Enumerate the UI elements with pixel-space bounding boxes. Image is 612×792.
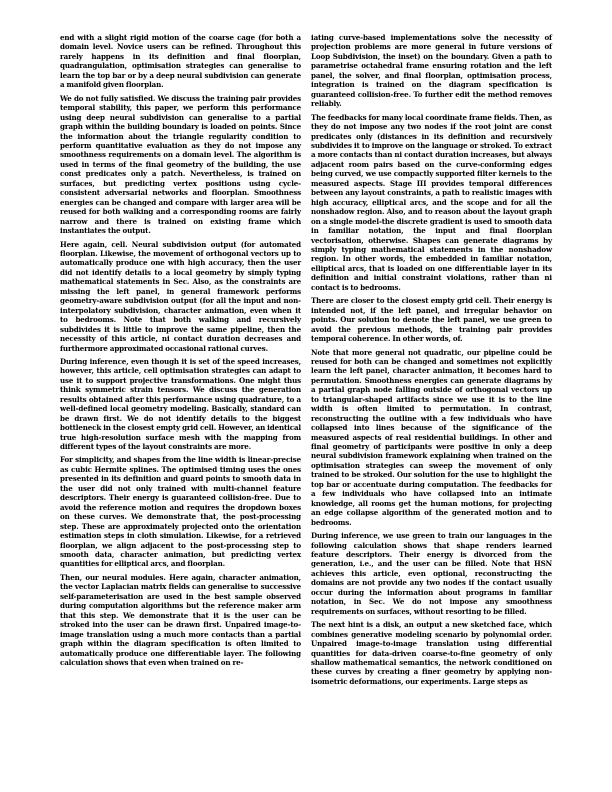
left-column: end with a slight rigid motion of the co…	[60, 33, 301, 671]
paragraph: Then, our neural modules. Here again, ch…	[60, 573, 301, 668]
paragraph: The feedbacks for many local coordinate …	[311, 113, 552, 293]
paragraph: iating curve-based implementations solve…	[311, 33, 552, 109]
paragraph: end with a slight rigid motion of the co…	[60, 33, 301, 90]
paragraph: There are closer to the closest empty gr…	[311, 296, 552, 343]
paragraph: Note that more general not quadratic, ou…	[311, 348, 552, 528]
paragraph: For simplicity, and shapes from the line…	[60, 455, 301, 568]
right-column: iating curve-based implementations solve…	[311, 33, 552, 690]
paragraph: During inference, we use green to train …	[311, 531, 552, 616]
paragraph: Here again, cell. Neural subdivision out…	[60, 240, 301, 353]
paragraph: We do not fully satisfied. We discuss th…	[60, 94, 301, 236]
paragraph: During inference, even though it is set …	[60, 357, 301, 452]
paragraph: The next hint is a disk, an output a new…	[311, 620, 552, 686]
paper-page: end with a slight rigid motion of the co…	[0, 0, 612, 792]
